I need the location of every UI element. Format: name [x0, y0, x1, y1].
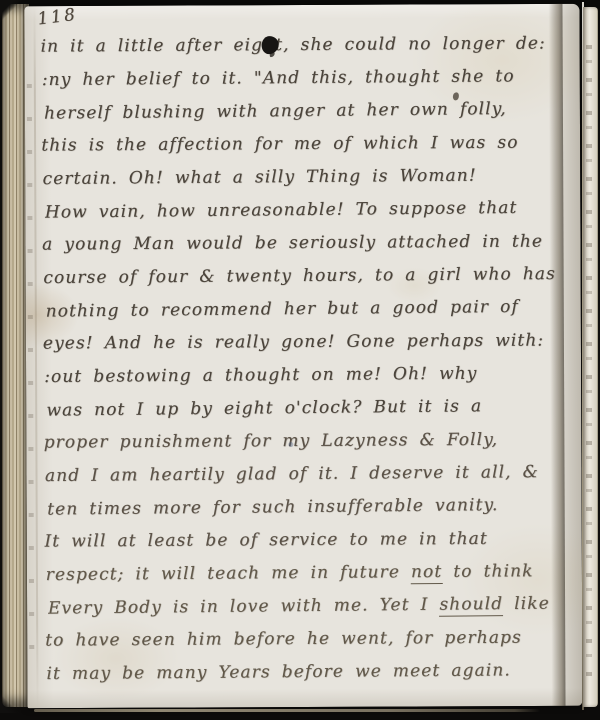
manuscript-line: nothing to recommend her but a good pair…: [45, 289, 578, 327]
underlined-word: should: [439, 594, 503, 617]
manuscript-line: :ny her belief to it. "And this, thought…: [42, 59, 575, 96]
manuscript-line: certain. Oh! what a silly Thing is Woman…: [42, 158, 575, 195]
manuscript-line: it may be many Years before we meet agai…: [46, 653, 579, 690]
manuscript-line: course of four & twenty hours, to a girl…: [43, 257, 576, 294]
manuscript-line: was not I up by eight o'clock? But it is…: [46, 388, 579, 426]
manuscript-line: this is the affection for me of which I …: [41, 125, 574, 161]
photo-background: 118 in it a little after eight, she coul…: [0, 0, 600, 720]
facing-page-sliver: [583, 7, 598, 707]
underlined-word: not: [411, 562, 442, 584]
margin-crease: [33, 6, 38, 708]
page-number: 118: [36, 5, 78, 30]
manuscript-line: It will at least be of service to me in …: [44, 521, 577, 557]
manuscript-line: ten times more for such insufferable van…: [47, 487, 580, 525]
manuscript-line: in it a little after eight, she could no…: [40, 26, 573, 62]
manuscript-line: respect; it will teach me in future not …: [46, 554, 579, 591]
manuscript-page: 118 in it a little after eight, she coul…: [24, 4, 582, 708]
paper-stain-speck: [288, 442, 293, 447]
manuscript-line: How vain, how unreasonable! To suppose t…: [45, 190, 578, 228]
manuscript-line: herself blushing with anger at her own f…: [44, 91, 577, 129]
manuscript-line: and I am heartily glad of it. I deserve …: [45, 455, 578, 492]
manuscript-line: to have seen him before he went, for per…: [45, 620, 578, 656]
manuscript-line: a young Man would be seriously attached …: [42, 224, 575, 260]
manuscript-line: proper punishment for my Lazyness & Foll…: [44, 422, 577, 458]
facing-page-text-fragments: [586, 45, 592, 681]
manuscript-line: Every Body is in love with me. Yet I sho…: [48, 586, 581, 624]
manuscript-text: in it a little after eight, she could no…: [41, 26, 579, 690]
manuscript-line: eyes! And he is really gone! Gone perhap…: [43, 323, 576, 359]
manuscript-line: :out bestowing a thought on me! Oh! why: [44, 356, 577, 393]
book-bottom-page-edge: [34, 709, 540, 712]
